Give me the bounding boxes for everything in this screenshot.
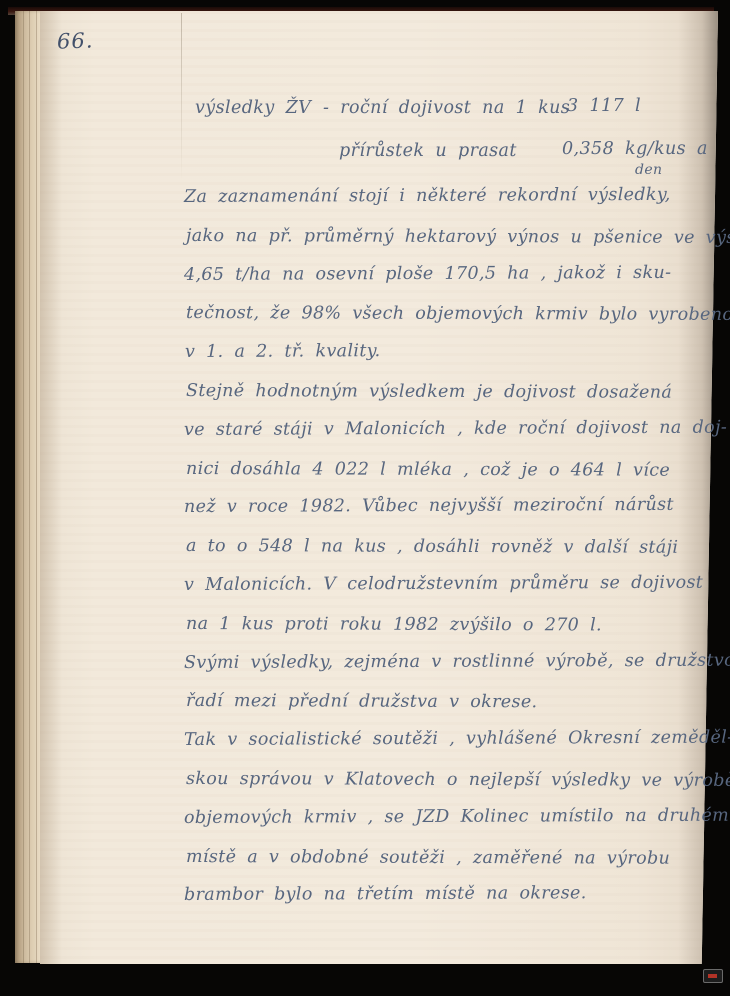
handwritten-line: nici dosáhla 4 022 l mléka , což je o 46… <box>186 450 694 491</box>
paper-crease <box>181 13 182 181</box>
handwritten-line: brambor bylo na třetím místě na okrese. <box>184 874 694 915</box>
handwritten-line: Za zaznamenání stojí i některé rekordní … <box>184 176 694 217</box>
scanned-page: 66. výsledky ŽV - roční dojivost na 1 ku… <box>0 0 730 996</box>
header-value-milk-yield: 3 117 l <box>567 96 641 116</box>
page-edge-line <box>23 11 24 963</box>
handwritten-line: na 1 kus proti roku 1982 zvýšilo o 270 l… <box>186 605 694 646</box>
handwritten-line: tečnost, že 98% všech objemových krmiv b… <box>186 294 694 335</box>
header-item-pig-gain: přírůstek u prasat <box>339 141 517 161</box>
handwritten-line: v Malonicích. V celodružstevním průměru … <box>184 564 694 605</box>
handwritten-line: v 1. a 2. tř. kvality. <box>185 331 694 372</box>
handwritten-line: než v roce 1982. Vůbec nejvyšší meziročn… <box>184 486 694 527</box>
handwritten-line: Stejně hodnotným výsledkem je dojivost d… <box>186 372 694 413</box>
handwritten-line: Svými výsledky, zejména v rostlinné výro… <box>184 641 694 682</box>
page-number: 66. <box>57 28 94 53</box>
page-edge-line <box>36 11 37 963</box>
handwritten-line: Tak v socialistické soutěži , vyhlášené … <box>184 719 694 760</box>
handwritten-line: ve staré stáji v Malonicích , kde roční … <box>184 409 694 450</box>
results-header-block: výsledky ŽV - roční dojivost na 1 kus 3 … <box>183 96 713 188</box>
handwritten-line: skou správou v Klatovech o nejlepší výsl… <box>186 760 694 801</box>
handwritten-line: a to o 548 l na kus , dosáhli rovněž v d… <box>186 527 694 568</box>
handwriting-body: Za zaznamenání stojí i některé rekordní … <box>184 178 694 915</box>
watermark-red-bar <box>708 974 717 978</box>
header-item-milk-yield: - roční dojivost na 1 kus <box>323 98 570 118</box>
page-edge-line <box>29 11 30 963</box>
handwritten-line: objemových krmiv , se JZD Kolinec umísti… <box>184 797 694 838</box>
handwritten-line: 4,65 t/ha na osevní ploše 170,5 ha , jak… <box>184 253 694 294</box>
scanner-watermark-icon <box>703 969 723 983</box>
header-label: výsledky ŽV <box>195 98 311 118</box>
handwritten-line: místě a v obdobné soutěži , zaměřené na … <box>186 838 694 879</box>
handwritten-line: řadí mezi přední družstva v okrese. <box>186 682 694 723</box>
header-value-pig-gain: 0,358 kg/kus a <box>562 139 708 159</box>
handwritten-line: jako na př. průměrný hektarový výnos u p… <box>186 217 694 258</box>
